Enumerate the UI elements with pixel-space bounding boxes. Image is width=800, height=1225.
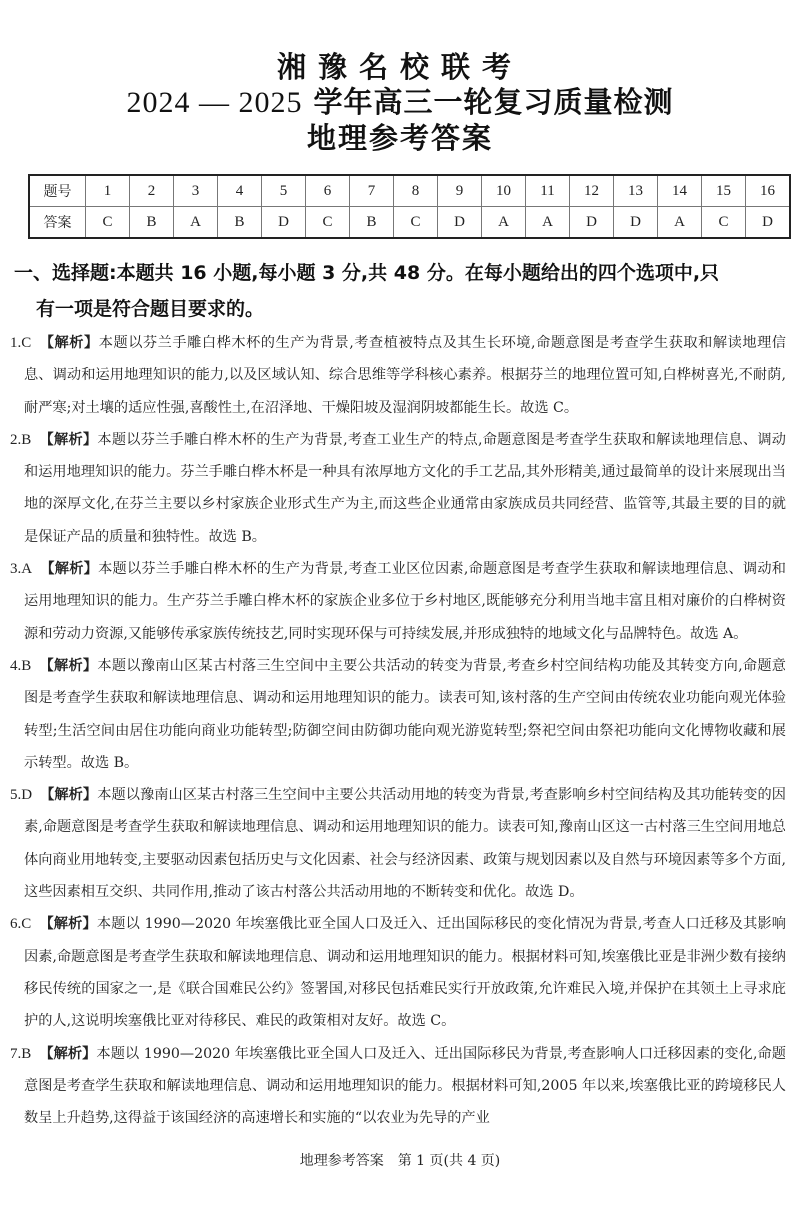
explanation-item: 3.A【解析】本题以芬兰手雕白桦木杯的生产为背景,考查工业区位因素,命题意图是考… (10, 553, 786, 650)
answer-cell: C (306, 207, 350, 239)
answer-cell: A (658, 207, 702, 239)
question-answer-label: 5.D (10, 787, 32, 803)
answer-cell: A (482, 207, 526, 239)
exam-year-range: 2024 — 2025 (126, 86, 302, 119)
analysis-tag: 【解析】 (39, 658, 97, 674)
analysis-tag: 【解析】 (39, 335, 98, 351)
question-number-cell: 9 (438, 175, 482, 207)
explanation-text: 本题以芬兰手雕白桦木杯的生产为背景,考查工业生产的特点,命题意图是考查学生获取和… (24, 432, 786, 545)
answer-cell: C (702, 207, 746, 239)
section-heading-line2: 有一项是符合题目要求的。 (14, 291, 794, 327)
question-number-cell: 7 (350, 175, 394, 207)
question-number-cell: 8 (394, 175, 438, 207)
question-answer-label: 6.C (10, 916, 31, 932)
answer-cell: D (746, 207, 791, 239)
question-number-cell: 4 (218, 175, 262, 207)
question-number-cell: 6 (306, 175, 350, 207)
question-number-cell: 14 (658, 175, 702, 207)
question-number-cell: 5 (262, 175, 306, 207)
question-number-cell: 11 (526, 175, 570, 207)
analysis-tag: 【解析】 (40, 561, 98, 577)
answer-cell: D (438, 207, 482, 239)
answer-cell: A (526, 207, 570, 239)
answer-cell: A (174, 207, 218, 239)
answer-row: 答案 CBABDCBCDAADDACD (29, 207, 790, 239)
explanation-item: 7.B【解析】本题以 1990—2020 年埃塞俄比亚全国人口及迁入、迁出国际移… (10, 1038, 786, 1135)
answer-cell: D (614, 207, 658, 239)
question-answer-label: 7.B (10, 1046, 31, 1062)
section-heading: 一、选择题:本题共 16 小题,每小题 3 分,共 48 分。在每小题给出的四个… (14, 255, 794, 327)
exam-title-line3: 地理参考答案 (0, 120, 800, 156)
question-number-cell: 16 (746, 175, 791, 207)
question-number-cell: 12 (570, 175, 614, 207)
row-label-question-number: 题号 (29, 175, 86, 207)
row-label-answer: 答案 (29, 207, 86, 239)
question-number-cell: 15 (702, 175, 746, 207)
explanation-item: 1.C【解析】本题以芬兰手雕白桦木杯的生产为背景,考查植被特点及其生长环境,命题… (10, 327, 786, 424)
analysis-tag: 【解析】 (40, 787, 97, 803)
explanation-text: 本题以芬兰手雕白桦木杯的生产为背景,考查植被特点及其生长环境,命题意图是考查学生… (24, 335, 786, 416)
explanation-text: 本题以 1990—2020 年埃塞俄比亚全国人口及迁入、迁出国际移民为背景,考查… (24, 1046, 786, 1127)
analysis-tag: 【解析】 (39, 916, 97, 932)
answer-cell: B (350, 207, 394, 239)
question-answer-label: 1.C (10, 335, 31, 351)
analysis-tag: 【解析】 (39, 432, 97, 448)
exam-title-line2: 2024 — 2025 学年高三一轮复习质量检测 (0, 84, 800, 121)
explanation-item: 6.C【解析】本题以 1990—2020 年埃塞俄比亚全国人口及迁入、迁出国际移… (10, 908, 786, 1037)
analysis-tag: 【解析】 (39, 1046, 96, 1062)
explanation-item: 5.D【解析】本题以豫南山区某古村落三生空间中主要公共活动用地的转变为背景,考查… (10, 779, 786, 908)
answer-cell: D (262, 207, 306, 239)
answer-explanations: 1.C【解析】本题以芬兰手雕白桦木杯的生产为背景,考查植被特点及其生长环境,命题… (10, 327, 786, 1134)
section-heading-line1: 一、选择题:本题共 16 小题,每小题 3 分,共 48 分。在每小题给出的四个… (14, 262, 719, 284)
exam-title-line1: 湘豫名校联考 (0, 50, 800, 84)
question-number-cell: 3 (174, 175, 218, 207)
question-number-cell: 1 (86, 175, 130, 207)
question-answer-label: 2.B (10, 432, 31, 448)
question-number-cell: 10 (482, 175, 526, 207)
explanation-text: 本题以 1990—2020 年埃塞俄比亚全国人口及迁入、迁出国际移民的变化情况为… (24, 916, 786, 1029)
question-answer-label: 4.B (10, 658, 31, 674)
answer-cell: C (394, 207, 438, 239)
answer-cell: B (218, 207, 262, 239)
exam-title-line2-text: 学年高三一轮复习质量检测 (314, 85, 674, 119)
answer-key-table: 题号 12345678910111213141516 答案 CBABDCBCDA… (28, 174, 791, 239)
explanation-item: 4.B【解析】本题以豫南山区某古村落三生空间中主要公共活动的转变为背景,考查乡村… (10, 650, 786, 779)
explanation-text: 本题以芬兰手雕白桦木杯的生产为背景,考查工业区位因素,命题意图是考查学生获取和解… (24, 561, 786, 642)
answer-cell: D (570, 207, 614, 239)
question-number-cell: 13 (614, 175, 658, 207)
question-answer-label: 3.A (10, 561, 32, 577)
answer-cell: C (86, 207, 130, 239)
explanation-text: 本题以豫南山区某古村落三生空间中主要公共活动的转变为背景,考查乡村空间结构功能及… (24, 658, 786, 771)
page-footer: 地理参考答案 第 1 页(共 4 页) (0, 1150, 800, 1170)
question-number-row: 题号 12345678910111213141516 (29, 175, 790, 207)
answer-cell: B (130, 207, 174, 239)
question-number-cell: 2 (130, 175, 174, 207)
explanation-text: 本题以豫南山区某古村落三生空间中主要公共活动用地的转变为背景,考查影响乡村空间结… (24, 787, 786, 900)
explanation-item: 2.B【解析】本题以芬兰手雕白桦木杯的生产为背景,考查工业生产的特点,命题意图是… (10, 424, 786, 553)
